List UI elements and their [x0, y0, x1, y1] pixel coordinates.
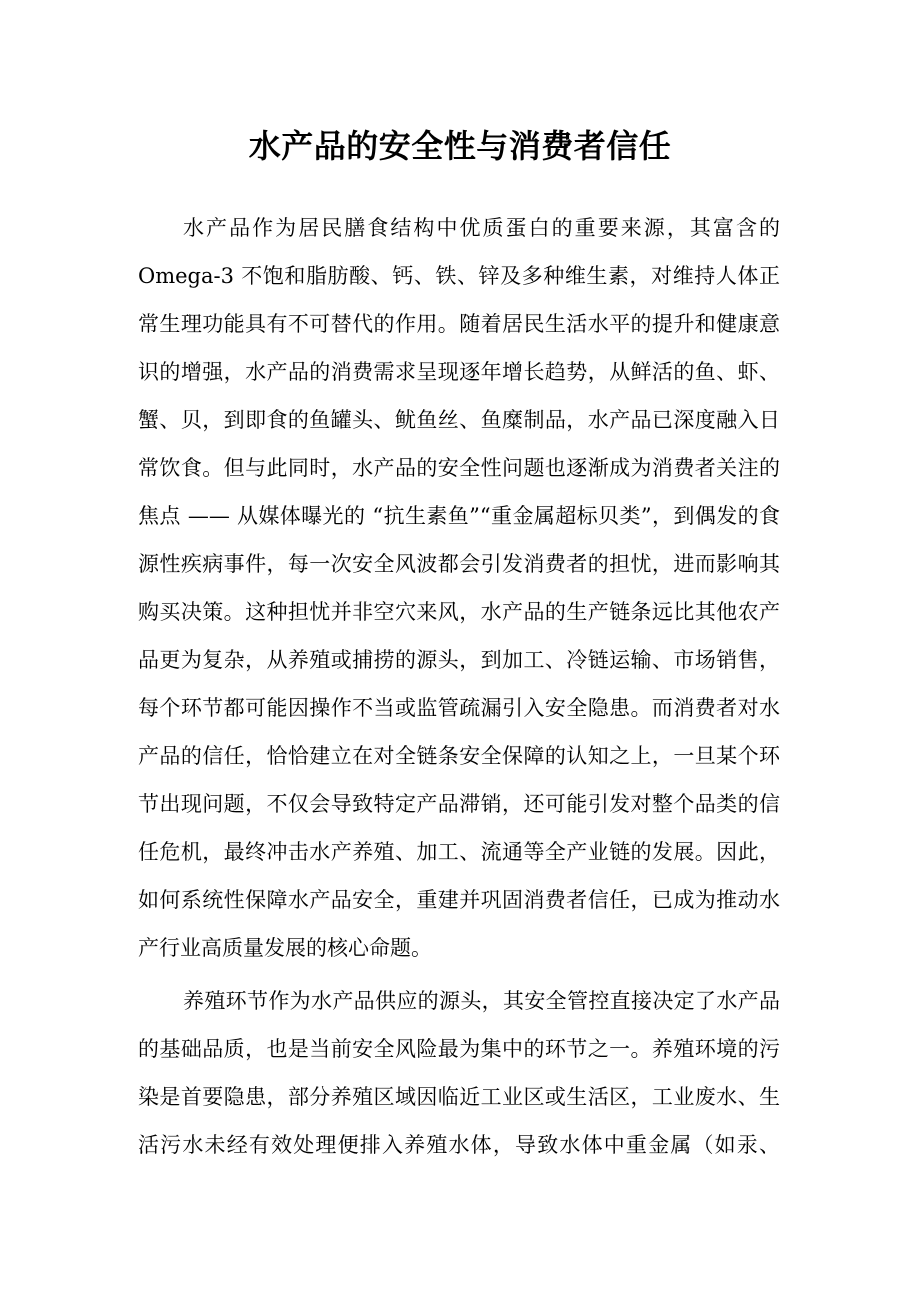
text-line: 识的增强，水产品的消费需求呈现逐年增长趋势，从鲜活的鱼、虾、 — [138, 348, 780, 396]
text-line: 活污水未经有效处理便排入养殖水体，导致水体中重金属（如汞、镉、 — [138, 1121, 780, 1169]
text-line: Omega-3 不饱和脂肪酸、钙、铁、锌及多种维生素，对维持人体正 — [138, 252, 780, 300]
text-line: 蟹、贝，到即食的鱼罐头、鱿鱼丝、鱼糜制品，水产品已深度融入日 — [138, 396, 780, 444]
text-line: 染是首要隐患，部分养殖区域因临近工业区或生活区，工业废水、生 — [138, 1073, 780, 1121]
text-line: 常生理功能具有不可替代的作用。随着居民生活水平的提升和健康意 — [138, 300, 780, 348]
paragraph-1: 水产品作为居民膳食结构中优质蛋白的重要来源，其富含的 Omega-3 不饱和脂肪… — [138, 204, 780, 972]
text-line: 养殖环节作为水产品供应的源头，其安全管控直接决定了水产品 — [138, 977, 780, 1025]
text-line: 焦点 —— 从媒体曝光的 “抗生素鱼”“重金属超标贝类”，到偶发的食 — [138, 492, 780, 540]
text-line: 水产品作为居民膳食结构中优质蛋白的重要来源，其富含的 — [138, 204, 780, 252]
text-line: 节出现问题，不仅会导致特定产品滞销，还可能引发对整个品类的信 — [138, 780, 780, 828]
document-title: 水产品的安全性与消费者信任 — [0, 122, 920, 170]
document-page: 水产品的安全性与消费者信任 水产品作为居民膳食结构中优质蛋白的重要来源，其富含的… — [0, 0, 920, 1302]
text-line: 源性疾病事件，每一次安全风波都会引发消费者的担忧，进而影响其 — [138, 540, 780, 588]
text-line: 每个环节都可能因操作不当或监管疏漏引入安全隐患。而消费者对水 — [138, 684, 780, 732]
document-body: 水产品作为居民膳食结构中优质蛋白的重要来源，其富含的 Omega-3 不饱和脂肪… — [138, 204, 780, 1169]
text-line: 产品的信任，恰恰建立在对全链条安全保障的认知之上，一旦某个环 — [138, 732, 780, 780]
text-line: 购买决策。这种担忧并非空穴来风，水产品的生产链条远比其他农产 — [138, 588, 780, 636]
text-line: 的基础品质，也是当前安全风险最为集中的环节之一。养殖环境的污 — [138, 1025, 780, 1073]
text-line: 品更为复杂，从养殖或捕捞的源头，到加工、冷链运输、市场销售， — [138, 636, 780, 684]
paragraph-2: 养殖环节作为水产品供应的源头，其安全管控直接决定了水产品 的基础品质，也是当前安… — [138, 977, 780, 1169]
text-line: 常饮食。但与此同时，水产品的安全性问题也逐渐成为消费者关注的 — [138, 444, 780, 492]
text-line: 产行业高质量发展的核心命题。 — [138, 924, 780, 972]
text-line: 任危机，最终冲击水产养殖、加工、流通等全产业链的发展。因此， — [138, 828, 780, 876]
text-line: 如何系统性保障水产品安全，重建并巩固消费者信任，已成为推动水 — [138, 876, 780, 924]
